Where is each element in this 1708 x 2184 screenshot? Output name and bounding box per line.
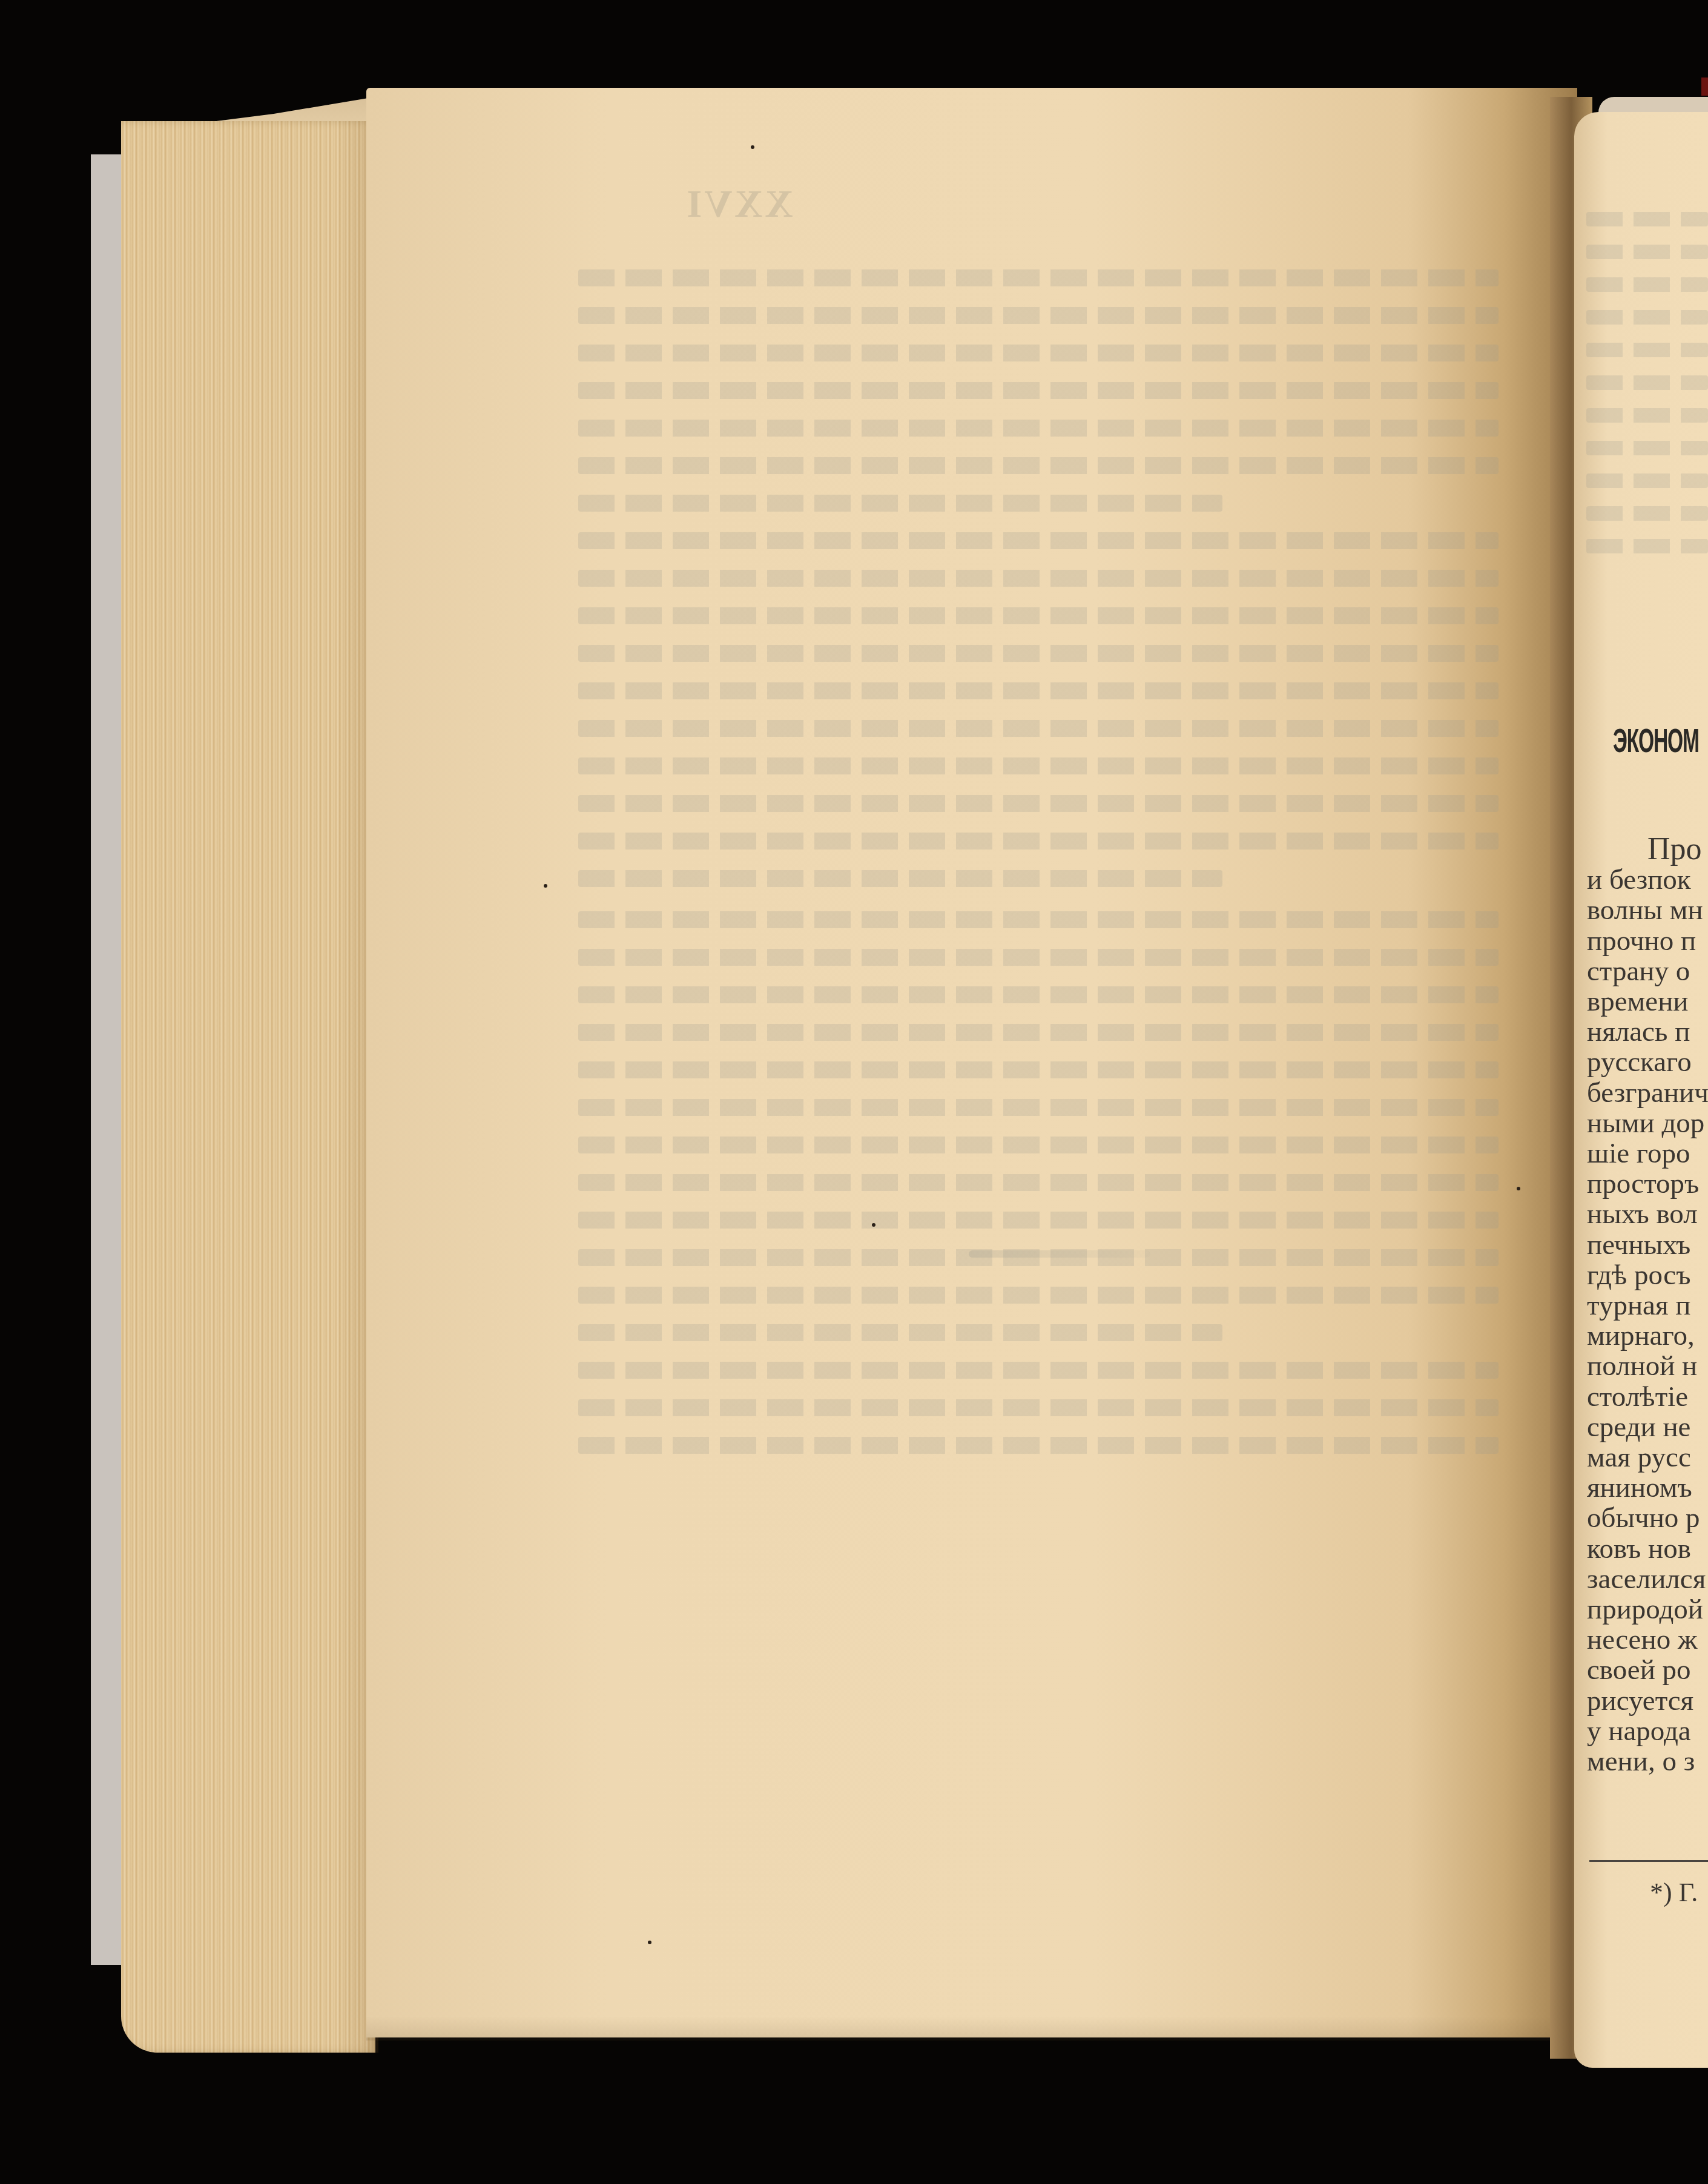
text-line: природой bbox=[1587, 1594, 1708, 1625]
text-line: своей ро bbox=[1587, 1655, 1708, 1685]
text-line: яниномъ bbox=[1587, 1473, 1708, 1503]
text-line: гдѣ росъ bbox=[1587, 1260, 1708, 1290]
text-line: столѣтіе bbox=[1587, 1382, 1708, 1412]
right-page-faint-text bbox=[1586, 212, 1708, 572]
text-line: заселился bbox=[1587, 1564, 1708, 1594]
text-line: времени bbox=[1587, 986, 1708, 1017]
text-line: у народа bbox=[1587, 1716, 1708, 1746]
text-line: ковъ нов bbox=[1587, 1534, 1708, 1564]
footnote: *) Г. bbox=[1650, 1877, 1698, 1908]
text-line: мени, о з bbox=[1587, 1746, 1708, 1777]
dust-speck bbox=[544, 884, 547, 888]
footnote-divider bbox=[1589, 1860, 1708, 1862]
dust-speck bbox=[751, 145, 754, 149]
text-line: русскаго bbox=[1587, 1047, 1708, 1077]
text-line: просторъ bbox=[1587, 1169, 1708, 1199]
dust-speck bbox=[648, 1941, 651, 1944]
dust-speck bbox=[1517, 1187, 1520, 1190]
red-bookmark-edge bbox=[1701, 78, 1708, 96]
text-line: полной н bbox=[1587, 1351, 1708, 1381]
right-page-top-edge bbox=[1598, 97, 1708, 113]
text-line: ныхъ вол bbox=[1587, 1199, 1708, 1229]
left-page-bottom-shade bbox=[366, 2016, 1577, 2040]
text-line: прочно п bbox=[1587, 926, 1708, 956]
text-line: страну о bbox=[1587, 956, 1708, 986]
bleed-through-ornament bbox=[969, 1250, 1150, 1258]
right-page-body-text: Про и безпок волны мн прочно п страну о … bbox=[1587, 834, 1708, 1777]
text-line: обычно р bbox=[1587, 1503, 1708, 1533]
bleed-through-text-block bbox=[578, 269, 1499, 1474]
text-line: нялась п bbox=[1587, 1017, 1708, 1047]
text-line: мирнаго, bbox=[1587, 1321, 1708, 1351]
text-line: турная п bbox=[1587, 1290, 1708, 1321]
bleed-through-page-number: XXVI bbox=[672, 182, 793, 226]
text-line: ными дор bbox=[1587, 1108, 1708, 1138]
text-line: несено ж bbox=[1587, 1625, 1708, 1655]
text-line: печныхъ bbox=[1587, 1230, 1708, 1260]
text-line: среди не bbox=[1587, 1412, 1708, 1442]
text-line: рисуется bbox=[1587, 1686, 1708, 1716]
text-line: волны мн bbox=[1587, 895, 1708, 925]
text-line: мая русс bbox=[1587, 1442, 1708, 1473]
section-title: ЭКОНОМ bbox=[1613, 721, 1699, 760]
text-line: и безпок bbox=[1587, 865, 1708, 895]
text-line: безгранич bbox=[1587, 1078, 1708, 1108]
text-line: Про bbox=[1587, 834, 1708, 865]
dust-speck bbox=[872, 1223, 875, 1227]
text-line: шіе горо bbox=[1587, 1138, 1708, 1169]
